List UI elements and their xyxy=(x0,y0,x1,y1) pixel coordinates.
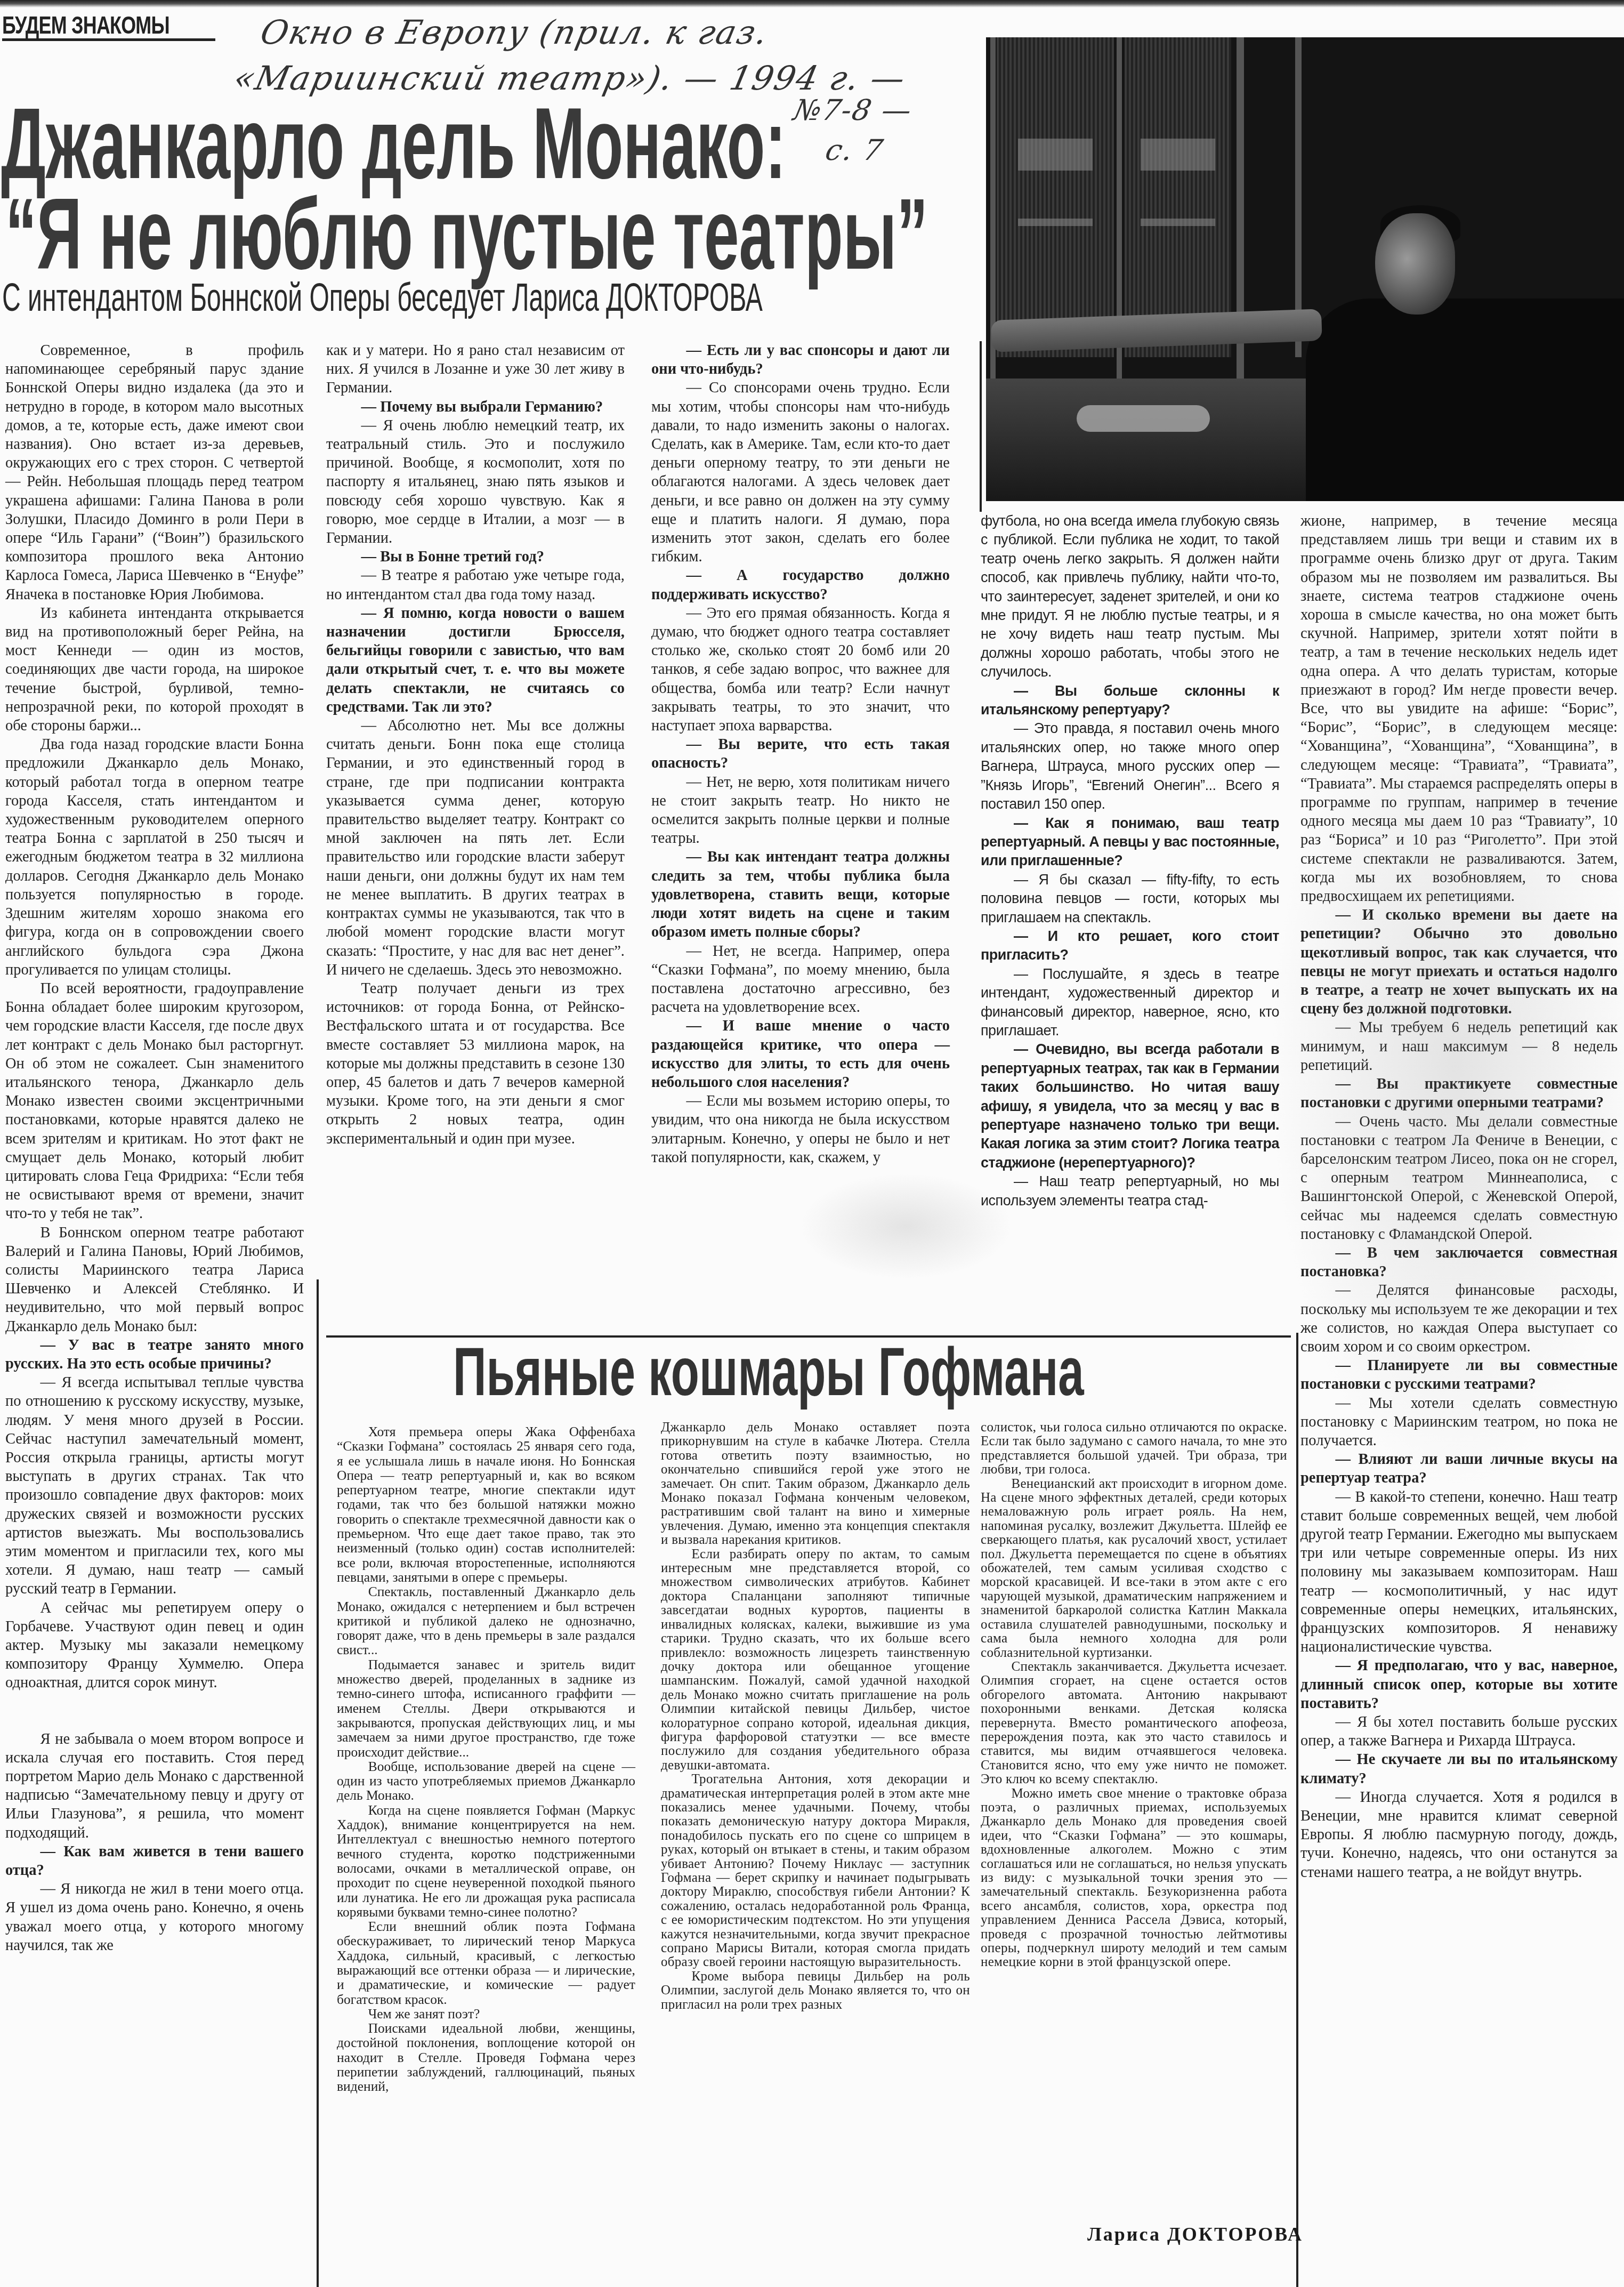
interview-question: — Вы как интендант театра должны следить… xyxy=(651,848,950,941)
paragraph: Два года назад городские власти Бонна пр… xyxy=(5,735,304,979)
rubric-underline xyxy=(2,38,215,41)
interview-question: — Я помню, когда новости о вашем назначе… xyxy=(326,604,625,716)
paragraph: — Абсолютно нет. Мы все должны считать д… xyxy=(326,716,625,979)
interview-question: — Вы верите, что есть такая опасность? xyxy=(651,735,950,772)
paragraph: Современное, в профиль напоминающее сере… xyxy=(5,341,304,604)
paragraph: Венецианский акт происходит в игорном до… xyxy=(981,1477,1287,1660)
paragraph: Поисками идеальной любви, женщины, досто… xyxy=(337,2021,635,2093)
interview-question: — Как вам живется в тени вашего отца? xyxy=(5,1842,304,1880)
interview-question: — Почему вы выбрали Германию? xyxy=(326,398,625,416)
article-subtitle: С интендантом Боннской Оперы беседует Ла… xyxy=(2,275,763,320)
paragraph: Я не забывала о моем втором вопросе и ис… xyxy=(5,1730,304,1842)
paragraph: солисток, чьи голоса сильно отличаются п… xyxy=(981,1421,1287,1477)
interview-question: — И ваше мнение о часто раздающейся крит… xyxy=(651,1017,950,1092)
paragraph: — Я всегда испытывал теплые чувства по о… xyxy=(5,1373,304,1598)
interview-question: — А государство должно поддерживать иску… xyxy=(651,566,950,603)
paragraph: как и у матери. Но я рано стал независим… xyxy=(326,341,625,398)
paragraph: Спектакль заканчивается. Джульетта исчез… xyxy=(981,1660,1287,1787)
interview-question: — И кто решает, кого стоит пригласить? xyxy=(981,927,1279,965)
portrait-photo xyxy=(986,37,1624,501)
paragraph: — Наш театр репертуарный, но мы использу… xyxy=(981,1172,1279,1210)
handwritten-note-line1: Окно в Европу (прил. к газ. xyxy=(257,13,772,52)
paragraph: Чем же занят поэт? xyxy=(337,2007,635,2021)
article2-column-3: солисток, чьи голоса сильно отличаются п… xyxy=(981,1421,1287,1970)
paragraph: Вообще, использование дверей на сцене — … xyxy=(337,1759,635,1803)
interview-question: — Как я понимаю, ваш театр репертуарный.… xyxy=(981,814,1279,871)
column-divider xyxy=(980,341,982,512)
column-divider xyxy=(317,1279,319,2287)
rubric-label: БУДЕМ ЗНАКОМЫ xyxy=(2,11,169,39)
handwritten-issue-number: №7-8 — xyxy=(790,93,916,127)
article2-column-2: Джанкарло дель Монако оставляет поэта пр… xyxy=(661,1421,970,2012)
paragraph: Кроме выбора певицы Дильбер на роль Олим… xyxy=(661,1970,970,2012)
scan-smudge xyxy=(1269,640,1624,1493)
interview-question: — Очевидно, вы всегда работали в реперту… xyxy=(981,1040,1279,1172)
paragraph: А сейчас мы репетируем оперу о Горбачеве… xyxy=(5,1599,304,1693)
paragraph: Можно иметь свое мнение о трактовке обра… xyxy=(981,1787,1287,1970)
paragraph: — В какой-то степени, конечно. Наш театр… xyxy=(1300,1488,1618,1657)
interview-question: — У вас в театре занято много русских. Н… xyxy=(5,1336,304,1373)
paragraph: Если разбирать оперу по актам, то самым … xyxy=(661,1548,970,1773)
article1-column-1: Современное, в профиль напоминающее сере… xyxy=(5,341,304,1955)
article1-column-4: футбола, но она всегда имела глубокую св… xyxy=(981,512,1279,1210)
paragraph: В Боннском оперном театре работают Валер… xyxy=(5,1223,304,1336)
paragraph: — Нет, не верю, хотя политикам ничего не… xyxy=(651,773,950,848)
paragraph: — Я бы сказал — fifty-fifty, то есть пол… xyxy=(981,871,1279,927)
paragraph: — Нет, не всегда. Например, опера “Сказк… xyxy=(651,942,950,1017)
paragraph: Джанкарло дель Монако оставляет поэта пр… xyxy=(661,1421,970,1548)
article1-column-2: как и у матери. Но я рано стал независим… xyxy=(326,341,625,1148)
paragraph xyxy=(5,1693,304,1730)
paragraph: Спектакль, поставленный Джанкарло дель М… xyxy=(337,1584,635,1657)
article2-column-1: Хотя премьера оперы Жака Оффенбаха “Сказ… xyxy=(337,1424,635,2094)
article2-title: Пьяные кошмары Гофмана xyxy=(453,1333,1084,1411)
paragraph: — Я никогда не жил в тени моего отца. Я … xyxy=(5,1880,304,1955)
paragraph: футбола, но она всегда имела глубокую св… xyxy=(981,512,1279,682)
paragraph: — Я очень люблю немецкий театр, их театр… xyxy=(326,416,625,547)
scan-smudge xyxy=(799,1173,1013,1279)
paragraph: — Со спонсорами очень трудно. Если мы хо… xyxy=(651,379,950,566)
paragraph: — Иногда случается. Хотя я родился в Вен… xyxy=(1300,1788,1618,1882)
paragraph: — Это правда, я поставил очень много ита… xyxy=(981,719,1279,814)
handwritten-page-number: с. 7 xyxy=(822,133,886,167)
paragraph: — Послушайте, я здесь в театре интендант… xyxy=(981,965,1279,1041)
paragraph: Из кабинета интенданта открывается вид н… xyxy=(5,604,304,735)
paragraph: По всей вероятности, градоуправление Бон… xyxy=(5,979,304,1223)
paragraph: Если внешний облик поэта Гофмана обескур… xyxy=(337,1919,635,2007)
interview-question: — Вы больше склонны к итальянскому репер… xyxy=(981,682,1279,720)
paragraph: — Я бы хотел поставить больше русских оп… xyxy=(1300,1713,1618,1750)
scan-edge-shadow xyxy=(0,0,1624,7)
article1-column-3: — Есть ли у вас спонсоры и дают ли они ч… xyxy=(651,341,950,1167)
paragraph: — Если мы возьмем историю оперы, то увид… xyxy=(651,1092,950,1167)
paragraph: Подымается занавес и зритель видит множе… xyxy=(337,1657,635,1759)
paragraph: Хотя премьера оперы Жака Оффенбаха “Сказ… xyxy=(337,1424,635,1584)
paragraph: Когда на сцене появляется Гофман (Маркус… xyxy=(337,1803,635,1919)
interview-question: — Не скучаете ли вы по итальянскому клим… xyxy=(1300,1750,1618,1787)
paragraph: — Это его прямая обязанность. Когда я ду… xyxy=(651,604,950,735)
interview-question: — Я предполагаю, что у вас, наверное, дл… xyxy=(1300,1656,1618,1713)
paragraph: Трогательна Антония, хотя декорации и др… xyxy=(661,1773,970,1970)
interview-question: — Вы в Бонне третий год? xyxy=(326,547,625,566)
paragraph: — В театре я работаю уже четыре года, но… xyxy=(326,566,625,603)
paragraph: Театр получает деньги из трех источников… xyxy=(326,979,625,1148)
author-signature: Лариса ДОКТОРОВА xyxy=(1087,2223,1303,2245)
interview-question: — Есть ли у вас спонсоры и дают ли они ч… xyxy=(651,341,950,379)
